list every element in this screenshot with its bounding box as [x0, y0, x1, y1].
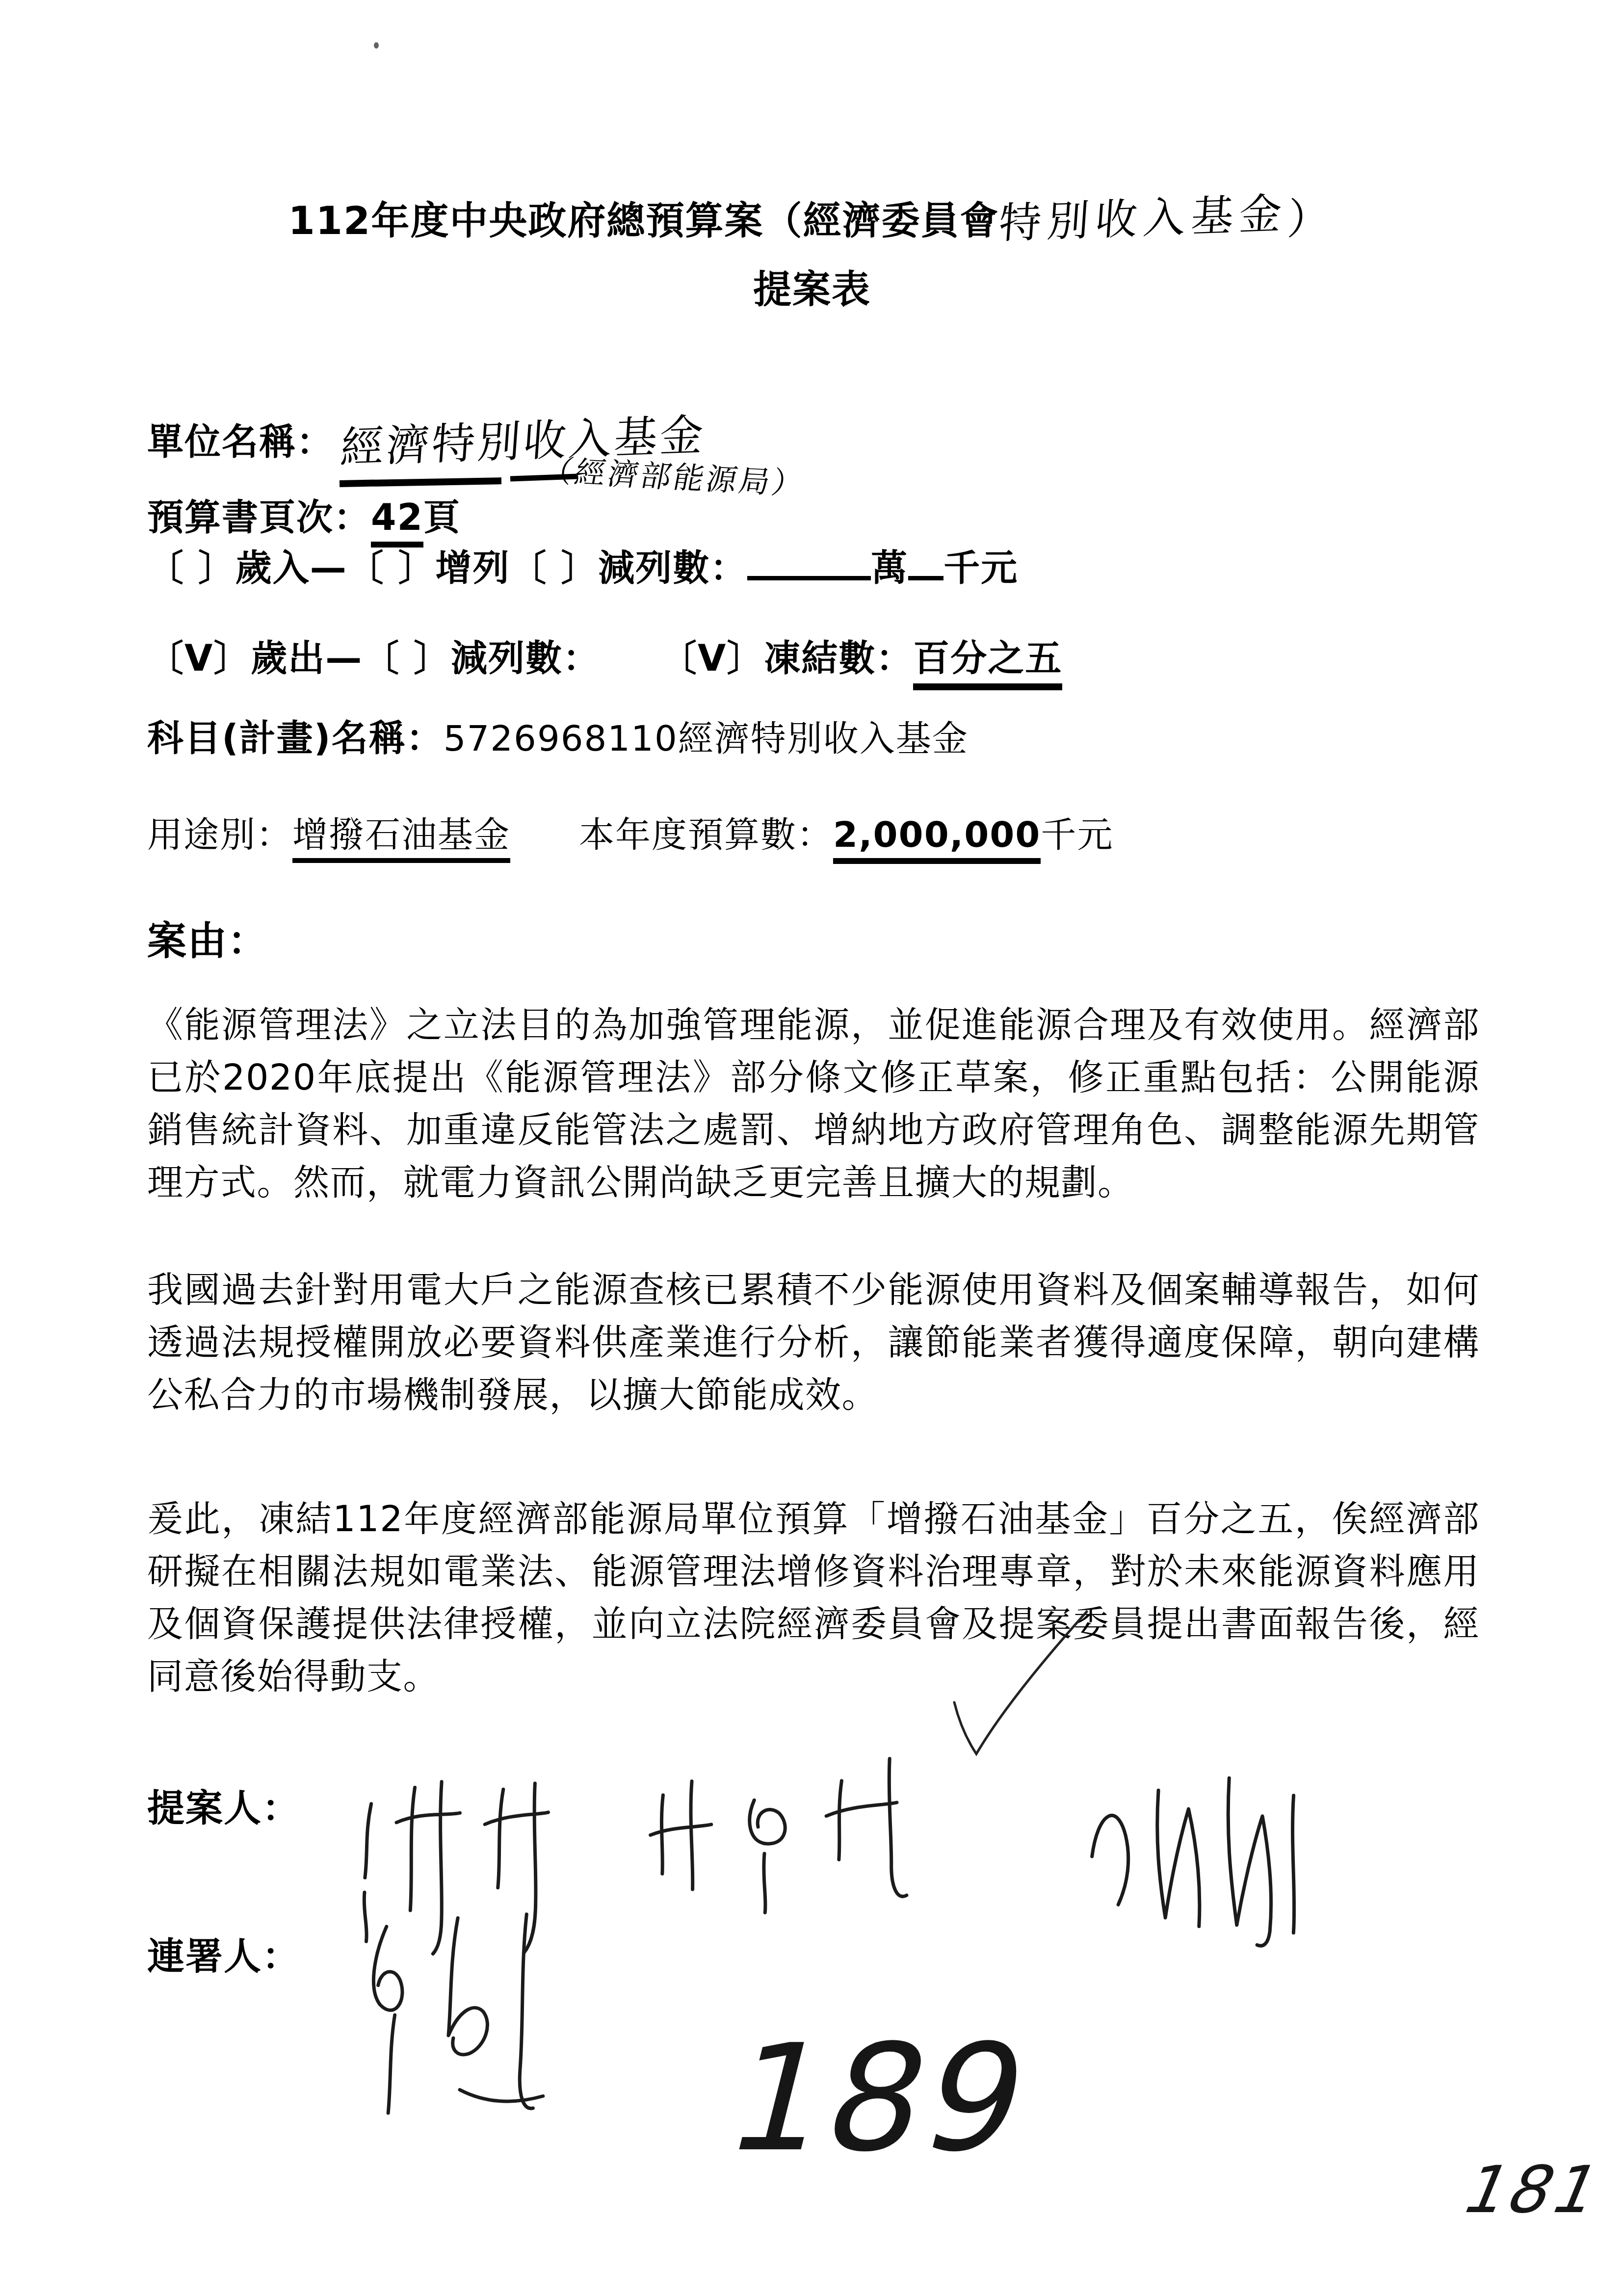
subject-label: 科目(計畫)名稱：	[147, 717, 444, 759]
signature-ink-icon	[1061, 1734, 1378, 1956]
revenue-text: 〔 〕歲入—〔 〕增列〔 〕減列數：	[147, 547, 747, 589]
annual-budget-label: 本年度預算數：	[579, 814, 833, 855]
budget-page-annotation-handwritten: （經濟部能源局）	[539, 455, 808, 499]
revenue-row: 〔 〕歲入—〔 〕增列〔 〕減列數：萬千元	[147, 547, 1018, 586]
title-close-paren: ）	[1286, 197, 1337, 241]
page-stamp-center-text: 189	[712, 2013, 1048, 2184]
budget-page-label: 預算書頁次：	[147, 496, 371, 539]
case-label: 案由：	[147, 921, 268, 961]
annual-budget-value: 2,000,000	[833, 814, 1041, 864]
freeze-label: 〔V〕凍結數：	[679, 637, 913, 679]
scan-speck	[374, 42, 379, 49]
expenditure-row: 〔V〕歲出—〔 〕減列數：〔V〕凍結數：百分之五	[147, 640, 1062, 677]
budget-page-number: 42	[371, 496, 423, 548]
cosigner-label: 連署人：	[147, 1938, 300, 1975]
document-title: 112年度中央政府總預算案（經濟委員會特別收入基金）	[0, 199, 1624, 241]
case-body: 《能源管理法》之立法目的為加強管理能源，並促進能源合理及有效使用。經濟部已於20…	[147, 999, 1480, 1703]
revenue-blank-amount	[747, 547, 871, 580]
signature-ink-icon	[337, 1881, 611, 2132]
cosigner-signature-1	[337, 1881, 611, 2132]
unit-value-underline-1	[340, 477, 501, 487]
revenue-unit-wan: 萬	[871, 547, 908, 589]
usage-row: 用途別：增撥石油基金本年度預算數：2,000,000千元	[147, 817, 1113, 852]
proposer-signature-3	[1061, 1734, 1378, 1956]
signature-ink-icon	[633, 1722, 957, 1929]
subject-row: 科目(計畫)名稱：5726968110經濟特別收入基金	[147, 720, 969, 757]
cosigner-label-text: 連署人：	[147, 1934, 300, 1978]
expenditure-text: 〔V〕歲出—〔 〕減列數：	[147, 637, 600, 679]
revenue-unit-qianyuan: 千元	[943, 547, 1018, 589]
check-mark	[937, 1604, 1094, 1766]
usage-label: 用途別：	[147, 814, 292, 855]
case-paragraph-2: 我國過去針對用電大戶之能源查核已累積不少能源使用資料及個案輔導報告，如何透過法規…	[147, 1264, 1480, 1421]
budget-page-unit: 頁	[423, 496, 461, 539]
case-paragraph-1: 《能源管理法》之立法目的為加強管理能源，並促進能源合理及有效使用。經濟部已於20…	[147, 999, 1480, 1209]
document-subtitle: 提案表	[0, 271, 1624, 309]
usage-value: 增撥石油基金	[292, 814, 510, 863]
check-mark-icon	[937, 1604, 1094, 1766]
freeze-value: 百分之五	[913, 637, 1062, 690]
unit-name-label: 單位名稱：	[147, 421, 334, 463]
page-stamp-center: 189	[715, 2025, 1045, 2172]
title-handwritten-insert: 特別收入基金	[998, 193, 1289, 245]
subtitle-text: 提案表	[753, 268, 871, 312]
budget-page-row: 預算書頁次：42頁	[147, 499, 461, 536]
subject-value: 5726968110經濟特別收入基金	[444, 718, 969, 759]
proposer-label-text: 提案人：	[147, 1786, 300, 1830]
revenue-blank-thousand	[908, 547, 943, 580]
proposer-label: 提案人：	[147, 1790, 300, 1827]
annual-budget-unit: 千元	[1041, 814, 1113, 855]
page-stamp-corner: 181	[1454, 2158, 1612, 2222]
case-label-text: 案由：	[147, 918, 268, 964]
page-stamp-corner-text: 181	[1452, 2152, 1615, 2228]
case-paragraph-3: 爰此，凍結112年度經濟部能源局單位預算「增撥石油基金」百分之五，俟經濟部研擬在…	[147, 1493, 1480, 1703]
unit-name-row: 單位名稱：經濟特別收入基金	[147, 418, 706, 461]
document-page: 112年度中央政府總預算案（經濟委員會特別收入基金） 提案表 單位名稱：經濟特別…	[0, 0, 1624, 2296]
title-printed-prefix: 112年度中央政府總預算案（經濟委員會	[288, 199, 999, 243]
proposer-signature-2	[633, 1722, 957, 1929]
